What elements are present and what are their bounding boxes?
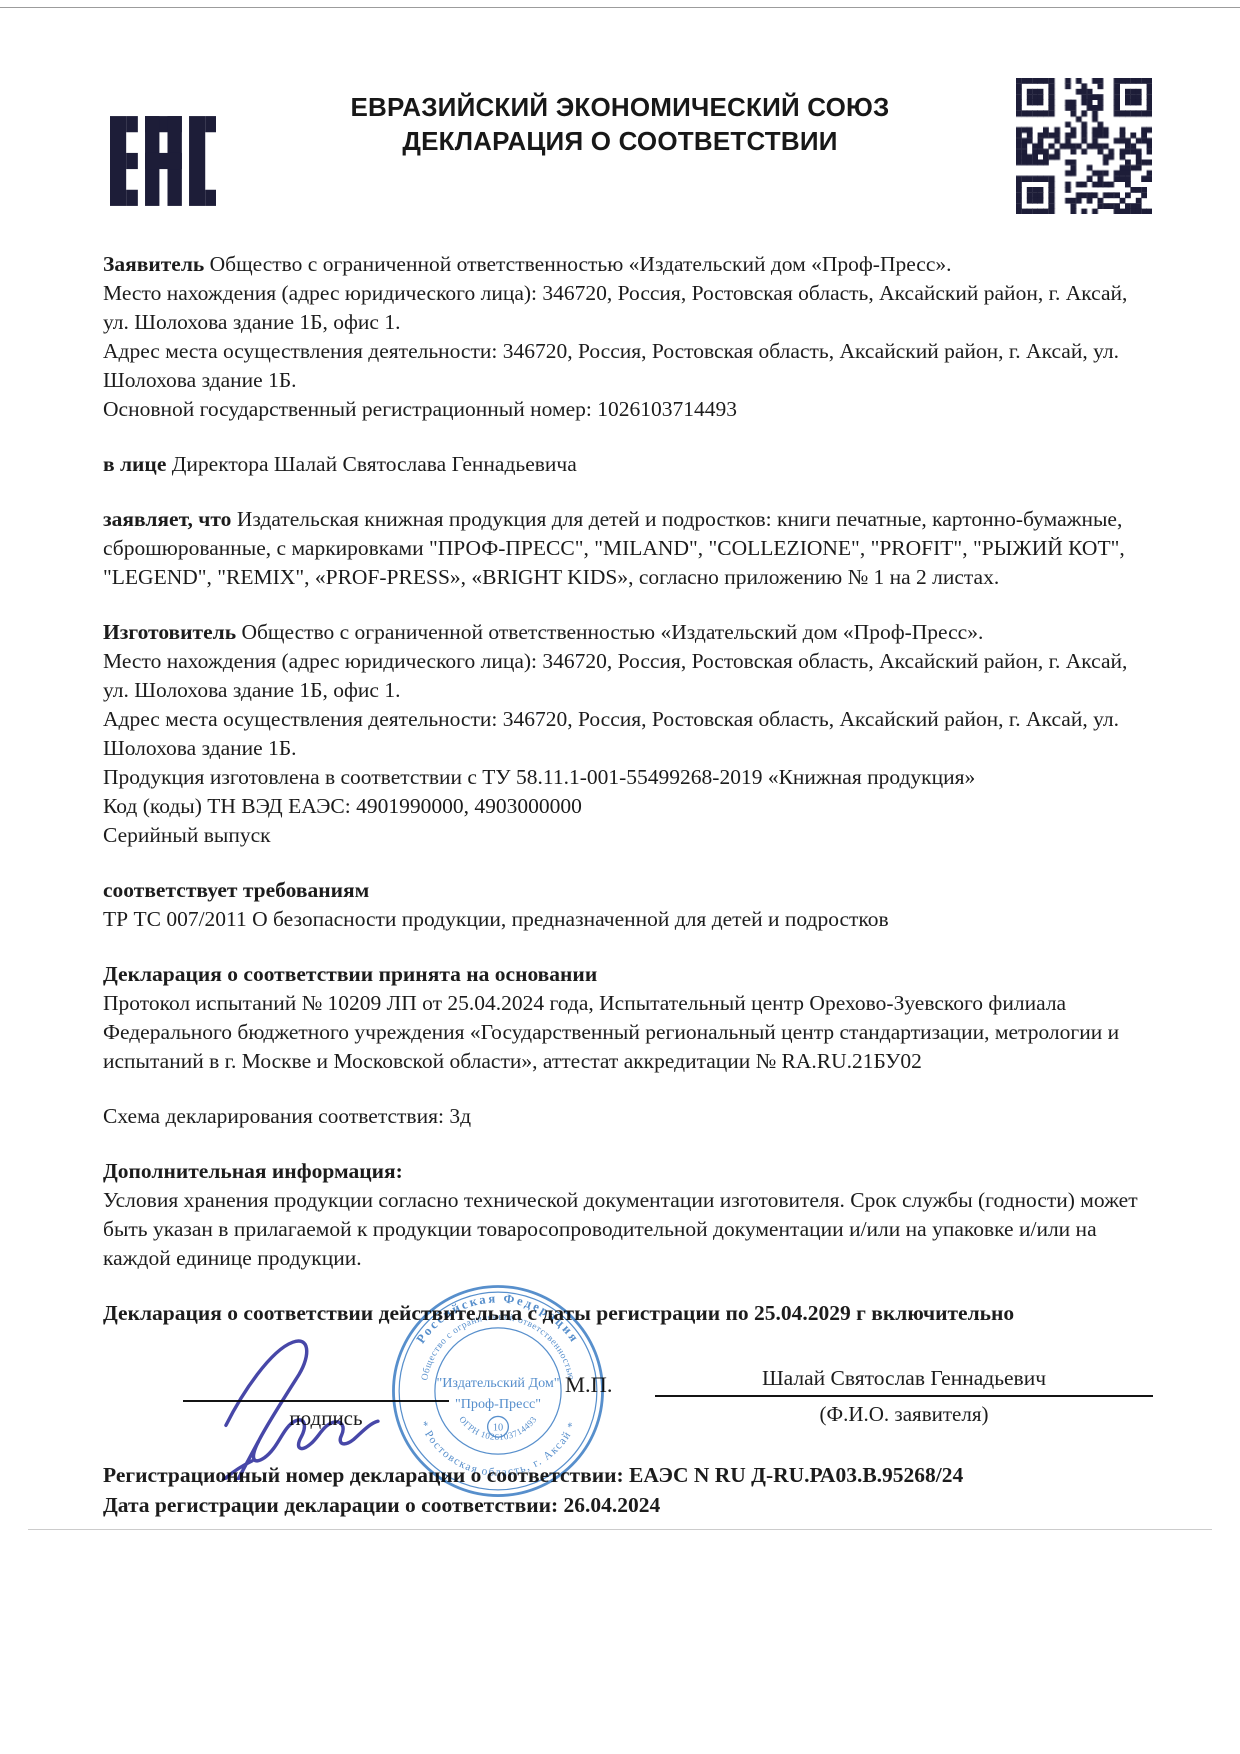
manufacturer-tu: Продукция изготовлена в соответствии с Т… [103,763,1149,792]
basis-text: Протокол испытаний № 10209 ЛП от 25.04.2… [103,989,1149,1076]
manufacturer-section: Изготовитель Общество с ограниченной отв… [103,618,1149,850]
declarant-block: Шалай Святослав Геннадьевич (Ф.И.О. заяв… [655,1366,1153,1427]
manufacturer-tnved: Код (коды) ТН ВЭД ЕАЭС: 4901990000, 4903… [103,792,1149,821]
registration-number-line: Регистрационный номер декларации о соотв… [103,1460,1149,1490]
basis-section: Декларация о соответствии принята на осн… [103,960,1149,1076]
stamp-ogrn: ОГРН 1026103714493 [457,1414,539,1442]
declarant-caption: (Ф.И.О. заявителя) [655,1397,1153,1427]
basis-heading: Декларация о соответствии принята на осн… [103,960,1149,989]
stamp-place-label: М.П. [565,1372,613,1398]
declarant-name: Шалай Святослав Геннадьевич [655,1366,1153,1397]
representative-section: в лице Директора Шалай Святослава Геннад… [103,450,1149,479]
applicant-ogrn: Основной государственный регистрационный… [103,395,1149,424]
applicant-location: Место нахождения (адрес юридического лиц… [103,279,1149,337]
additional-info-section: Дополнительная информация: Условия хране… [103,1157,1149,1273]
applicant-activity-address: Адрес места осуществления деятельности: … [103,337,1149,395]
declares-label: заявляет, что [103,507,231,531]
requirements-section: соответствует требованиям ТР ТС 007/2011… [103,876,1149,934]
applicant-section: Заявитель Общество с ограниченной ответс… [103,250,1149,424]
representative-text: Директора Шалай Святослава Геннадьевича [172,452,577,476]
registration-date-line: Дата регистрации декларации о соответств… [103,1490,1149,1520]
declares-text: Издательская книжная продукция для детей… [103,507,1125,589]
stamp-company-line2: "Проф-Пресс" [455,1396,541,1412]
manufacturer-serial: Серийный выпуск [103,821,1149,850]
requirements-heading: соответствует требованиям [103,876,1149,905]
document-body: Заявитель Общество с ограниченной ответс… [103,250,1149,1520]
additional-info-text: Условия хранения продукции согласно техн… [103,1186,1149,1273]
validity-section: Декларация о соответствии действительна … [103,1299,1149,1328]
representative-label: в лице [103,452,166,476]
applicant-label: Заявитель [103,252,204,276]
manufacturer-label: Изготовитель [103,620,236,644]
requirements-text: ТР ТС 007/2011 О безопасности продукции,… [103,905,1149,934]
declaration-document: ЕВРАЗИЙСКИЙ ЭКОНОМИЧЕСКИЙ СОЮЗ ДЕКЛАРАЦИ… [0,0,1240,1754]
qr-code [1016,78,1152,214]
scheme-section: Схема декларирования соответствия: 3д [103,1102,1149,1131]
scheme-text: Схема декларирования соответствия: 3д [103,1102,1149,1131]
scan-artifact-top [0,7,1240,8]
manufacturer-intro: Общество с ограниченной ответственностью… [241,620,983,644]
handwritten-signature [201,1328,409,1480]
applicant-intro-line: Заявитель Общество с ограниченной ответс… [103,250,1149,279]
additional-info-heading: Дополнительная информация: [103,1157,1149,1186]
validity-text: Декларация о соответствии действительна … [103,1301,1014,1325]
stamp-company-line1: "Издательский Дом" [436,1375,559,1391]
applicant-intro: Общество с ограниченной ответственностью… [210,252,952,276]
declares-section: заявляет, что Издательская книжная проду… [103,505,1149,592]
signature-caption: подпись [241,1406,411,1431]
signature-area: Российская Федерация * Ростовская област… [103,1342,1149,1460]
manufacturer-location: Место нахождения (адрес юридического лиц… [103,647,1149,705]
svg-text:ОГРН 1026103714493: ОГРН 1026103714493 [457,1414,539,1442]
manufacturer-intro-line: Изготовитель Общество с ограниченной отв… [103,618,1149,647]
manufacturer-activity-address: Адрес места осуществления деятельности: … [103,705,1149,763]
stamp-number: 10 [493,1423,503,1434]
signature-line [183,1400,449,1402]
scan-artifact-bottom [28,1529,1212,1530]
